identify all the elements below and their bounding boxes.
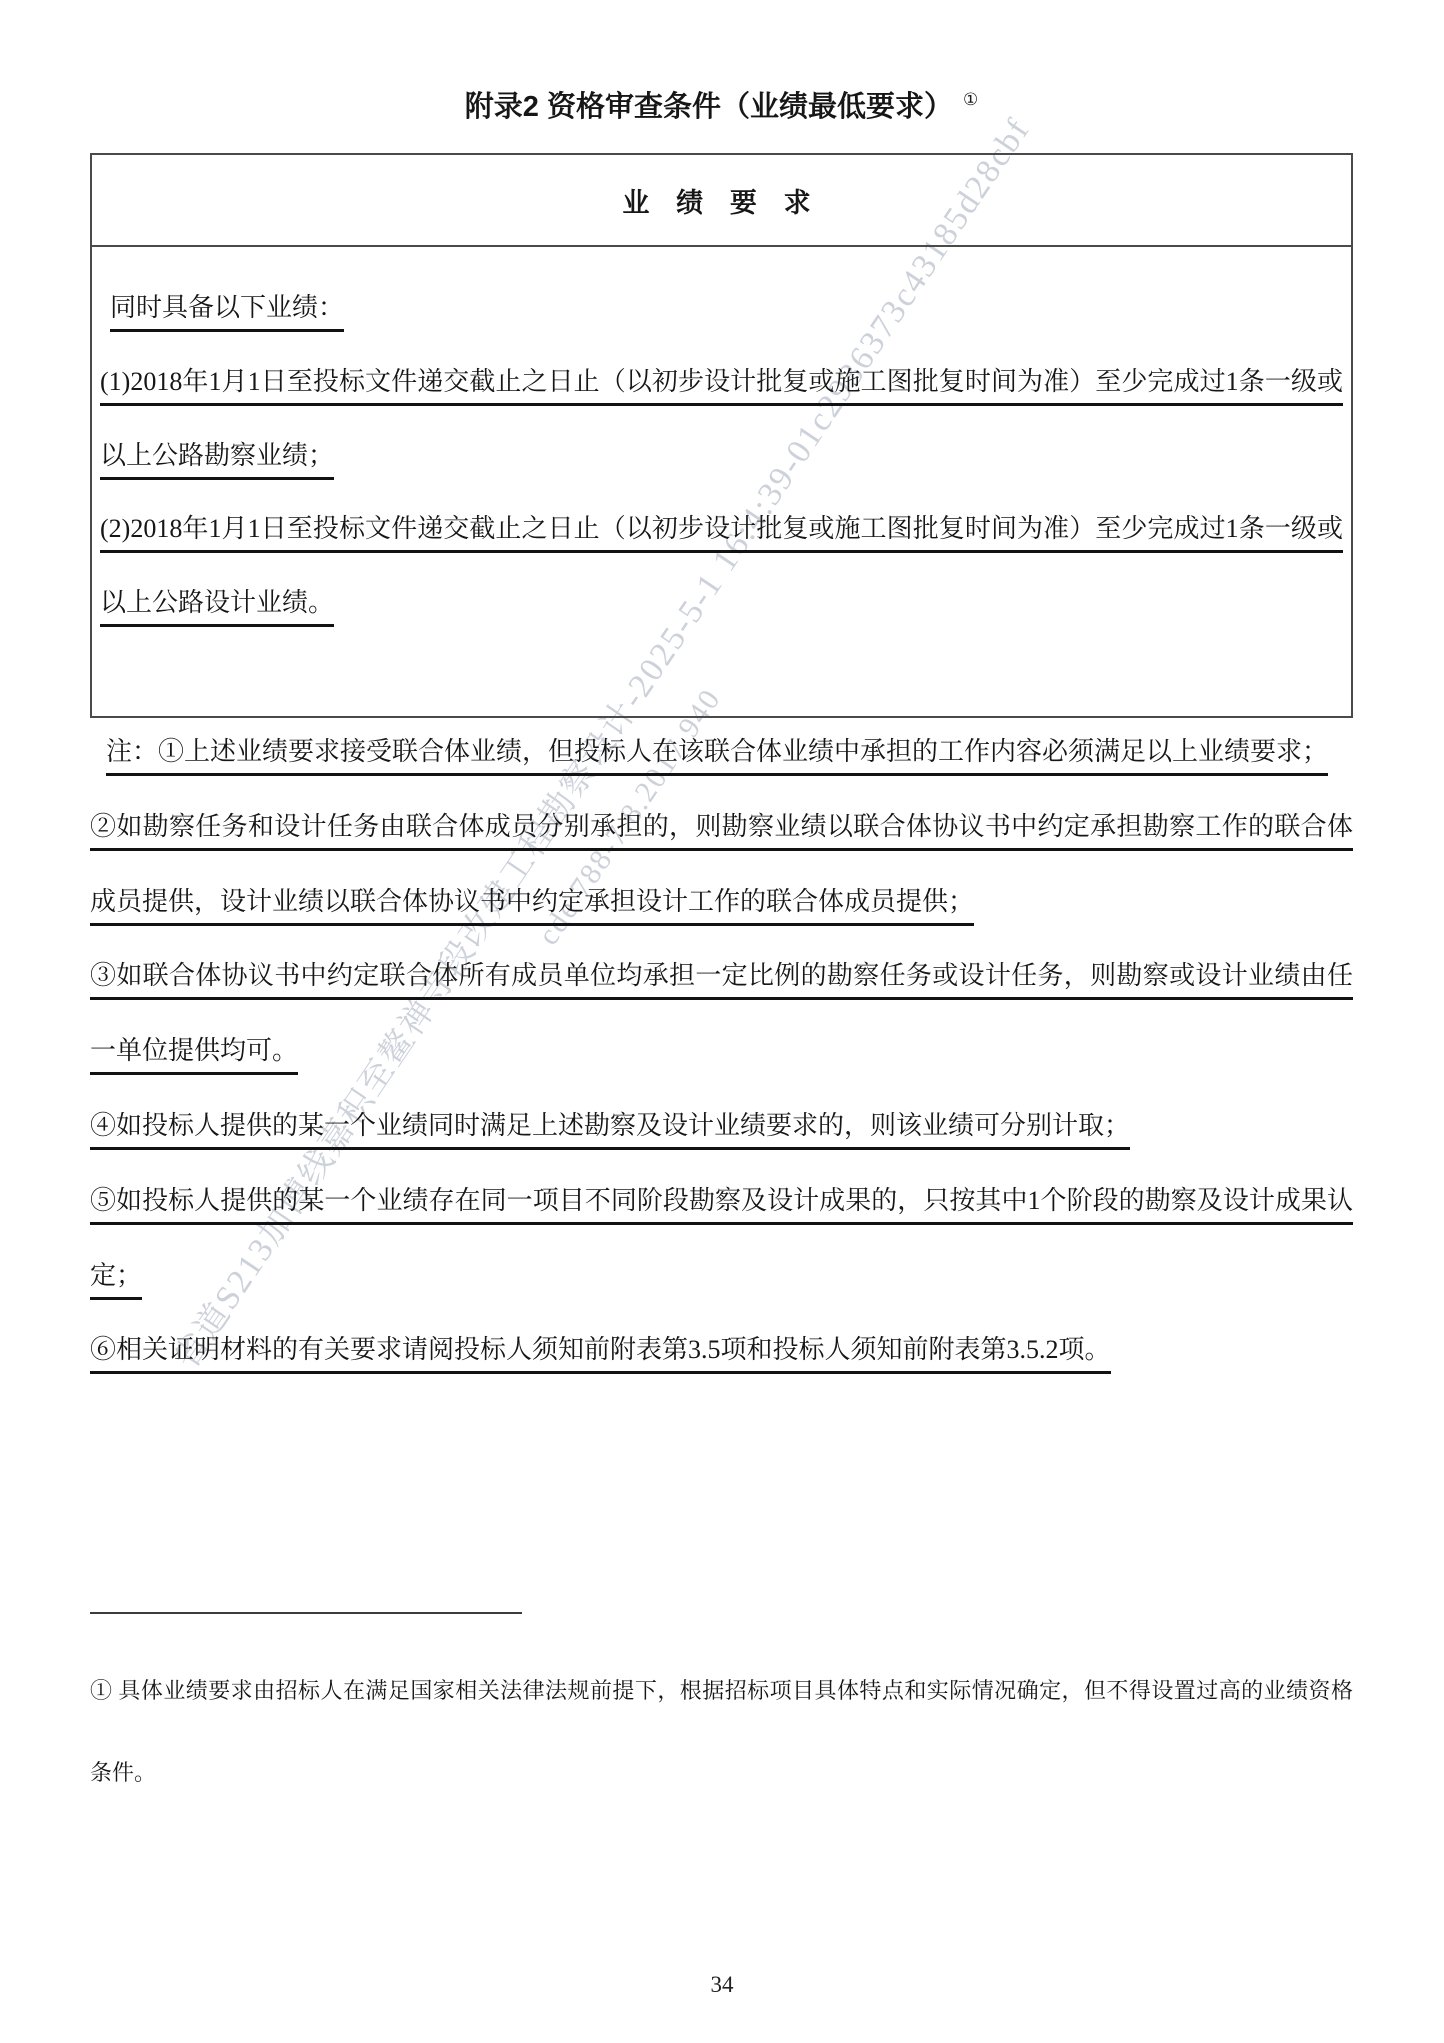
note-line-4: ④如投标人提供的某一个业绩同时满足上述勘察及设计业绩要求的，则该业绩可分别计取；	[90, 1109, 1353, 1143]
page-title: 附录2 资格审查条件（业绩最低要求）①	[90, 84, 1353, 125]
footnote-line-2: 条件。	[90, 1758, 1353, 1789]
note-line-6: ⑥相关证明材料的有关要求请阅投标人须知前附表第3.5项和投标人须知前附表第3.5…	[90, 1333, 1353, 1367]
requirement-line-1-cont: 以上公路勘察业绩；	[100, 439, 1343, 473]
note-line-3-cont: 一单位提供均可。	[90, 1034, 1353, 1068]
requirement-line-1: (1)2018年1月1日至投标文件递交截止之日止（以初步设计批复或施工图批复时间…	[100, 365, 1343, 399]
notes-section: 注：①上述业绩要求接受联合体业绩，但投标人在该联合体业绩中承担的工作内容必须满足…	[90, 735, 1353, 1408]
requirement-line-2: (2)2018年1月1日至投标文件递交截止之日止（以初步设计批复或施工图批复时间…	[100, 512, 1343, 546]
table-body-cell: 同时具备以下业绩： (1)2018年1月1日至投标文件递交截止之日止（以初步设计…	[92, 247, 1351, 716]
note-line-2: ②如勘察任务和设计任务由联合体成员分别承担的，则勘察业绩以联合体协议书中约定承担…	[90, 810, 1353, 844]
document-page: 省道S213加博线嘉积至鳌禅寺段改建工程勘察设计-2025-5-1 16:4:3…	[0, 0, 1444, 2043]
note-line-5: ⑤如投标人提供的某一个业绩存在同一项目不同阶段勘察及设计成果的，只按其中1个阶段…	[90, 1184, 1353, 1218]
requirement-intro-line: 同时具备以下业绩：	[100, 291, 1343, 325]
page-title-text: 附录2 资格审查条件（业绩最低要求）	[465, 91, 953, 123]
note-line-2-cont: 成员提供，设计业绩以联合体协议书中约定承担设计工作的联合体成员提供；	[90, 885, 1353, 919]
title-footnote-ref: ①	[963, 90, 978, 109]
table-header-row: 业 绩 要 求	[92, 155, 1351, 247]
performance-requirements-table: 业 绩 要 求 同时具备以下业绩： (1)2018年1月1日至投标文件递交截止之…	[90, 153, 1353, 718]
requirement-line-2-cont: 以上公路设计业绩。	[100, 586, 1343, 620]
note-line-3: ③如联合体协议书中约定联合体所有成员单位均承担一定比例的勘察任务或设计任务，则勘…	[90, 959, 1353, 993]
footnote-line-1: ① 具体业绩要求由招标人在满足国家相关法律法规前提下，根据招标项目具体特点和实际…	[90, 1676, 1353, 1707]
footnote-separator	[90, 1612, 522, 1614]
note-line-1: 注：①上述业绩要求接受联合体业绩，但投标人在该联合体业绩中承担的工作内容必须满足…	[90, 735, 1353, 769]
page-number: 34	[0, 1972, 1444, 1998]
table-header-label: 业 绩 要 求	[622, 181, 820, 220]
note-line-5-cont: 定；	[90, 1259, 1353, 1293]
